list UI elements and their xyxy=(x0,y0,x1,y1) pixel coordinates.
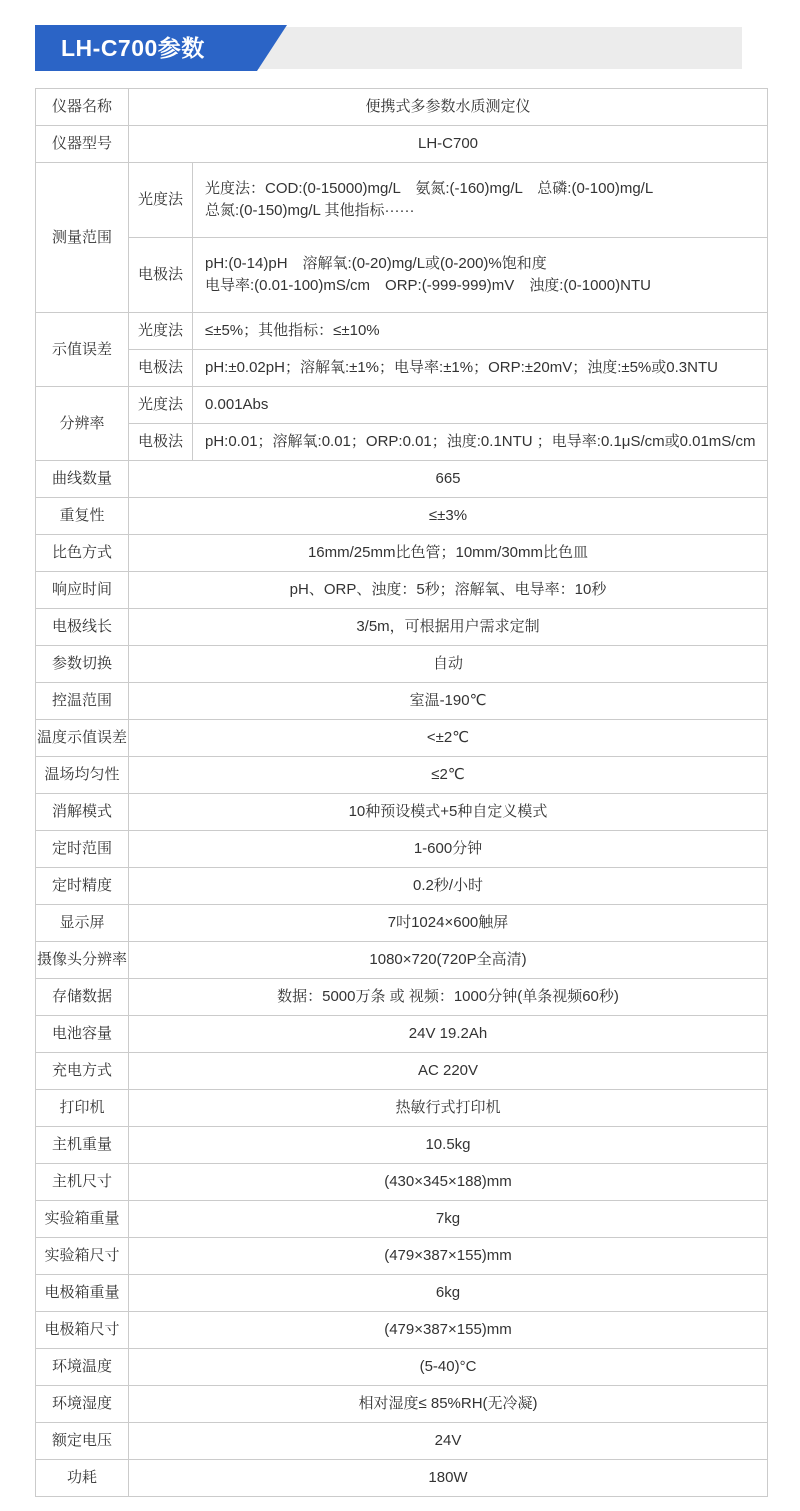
spec-row: 打印机热敏行式打印机 xyxy=(36,1090,768,1127)
spec-row: 摄像头分辨率1080×720(720P全高清) xyxy=(36,942,768,979)
spec-label: 温场均匀性 xyxy=(36,757,129,794)
spec-label: 重复性 xyxy=(36,498,129,535)
spec-value: 7kg xyxy=(129,1201,768,1238)
spec-row: 仪器型号LH-C700 xyxy=(36,126,768,163)
spec-method: 电极法 xyxy=(129,238,193,313)
spec-value-line: pH:(0-14)pH 溶解氧:(0-20)mg/L或(0-200)%饱和度 xyxy=(205,253,767,275)
spec-value: 自动 xyxy=(129,646,768,683)
spec-value: pH:0.01；溶解氧:0.01；ORP:0.01；浊度:0.1NTU ；电导率… xyxy=(193,424,768,461)
banner-blue-ribbon: LH-C700参数 xyxy=(35,25,287,71)
spec-label: 测量范围 xyxy=(36,163,129,313)
spec-value: 10种预设模式+5种自定义模式 xyxy=(129,794,768,831)
spec-label: 电极箱重量 xyxy=(36,1275,129,1312)
spec-value-line: 总氮:(0-150)mg/L 其他指标······ xyxy=(205,200,767,222)
spec-label: 实验箱重量 xyxy=(36,1201,129,1238)
spec-value: 数据：5000万条 或 视频：1000分钟(单条视频60秒) xyxy=(129,979,768,1016)
spec-row: 电极箱重量6kg xyxy=(36,1275,768,1312)
spec-row: 主机重量10.5kg xyxy=(36,1127,768,1164)
spec-row: 消解模式10种预设模式+5种自定义模式 xyxy=(36,794,768,831)
spec-value: 10.5kg xyxy=(129,1127,768,1164)
spec-label: 电极线长 xyxy=(36,609,129,646)
spec-value: 0.001Abs xyxy=(193,387,768,424)
spec-value: 1080×720(720P全高清) xyxy=(129,942,768,979)
spec-label: 分辨率 xyxy=(36,387,129,461)
spec-label: 电极箱尺寸 xyxy=(36,1312,129,1349)
spec-row: 电极法pH:0.01；溶解氧:0.01；ORP:0.01；浊度:0.1NTU ；… xyxy=(36,424,768,461)
spec-label: 存储数据 xyxy=(36,979,129,1016)
spec-label: 摄像头分辨率 xyxy=(36,942,129,979)
spec-label: 实验箱尺寸 xyxy=(36,1238,129,1275)
spec-label: 温度示值误差 xyxy=(36,720,129,757)
spec-value: 热敏行式打印机 xyxy=(129,1090,768,1127)
spec-value: ≤±3% xyxy=(129,498,768,535)
spec-label: 仪器型号 xyxy=(36,126,129,163)
page-header-banner: LH-C700参数 xyxy=(35,25,768,71)
spec-value: (479×387×155)mm xyxy=(129,1312,768,1349)
spec-page: LH-C700参数 仪器名称便携式多参数水质测定仪仪器型号LH-C700测量范围… xyxy=(35,25,768,1497)
spec-value: 3/5m，可根据用户需求定制 xyxy=(129,609,768,646)
spec-row: 环境湿度相对湿度≤ 85%RH(无冷凝) xyxy=(36,1386,768,1423)
spec-label: 定时精度 xyxy=(36,868,129,905)
spec-row: 仪器名称便携式多参数水质测定仪 xyxy=(36,89,768,126)
spec-value-line: 光度法：COD:(0-15000)mg/L 氨氮:(-160)mg/L 总磷:(… xyxy=(205,178,767,200)
spec-table: 仪器名称便携式多参数水质测定仪仪器型号LH-C700测量范围光度法光度法：COD… xyxy=(35,88,768,1497)
spec-row: 响应时间pH、ORP、浊度：5秒；溶解氧、电导率：10秒 xyxy=(36,572,768,609)
spec-row: 功耗180W xyxy=(36,1460,768,1497)
spec-row: 电极法pH:(0-14)pH 溶解氧:(0-20)mg/L或(0-200)%饱和… xyxy=(36,238,768,313)
spec-label: 电池容量 xyxy=(36,1016,129,1053)
spec-value: (479×387×155)mm xyxy=(129,1238,768,1275)
spec-method: 光度法 xyxy=(129,313,193,350)
spec-label: 曲线数量 xyxy=(36,461,129,498)
spec-method: 电极法 xyxy=(129,424,193,461)
spec-row: 电极箱尺寸(479×387×155)mm xyxy=(36,1312,768,1349)
spec-value: ≤2℃ xyxy=(129,757,768,794)
spec-value: 1-600分钟 xyxy=(129,831,768,868)
spec-label: 环境温度 xyxy=(36,1349,129,1386)
spec-value: 0.2秒/小时 xyxy=(129,868,768,905)
spec-row: 曲线数量665 xyxy=(36,461,768,498)
spec-value-line: pH:0.01；溶解氧:0.01；ORP:0.01；浊度:0.1NTU ；电导率… xyxy=(205,431,767,453)
spec-value-line: 0.001Abs xyxy=(205,394,767,416)
spec-value: pH:(0-14)pH 溶解氧:(0-20)mg/L或(0-200)%饱和度电导… xyxy=(193,238,768,313)
spec-label: 主机重量 xyxy=(36,1127,129,1164)
spec-label: 环境湿度 xyxy=(36,1386,129,1423)
spec-row: 额定电压24V xyxy=(36,1423,768,1460)
spec-label: 额定电压 xyxy=(36,1423,129,1460)
spec-row: 主机尺寸(430×345×188)mm xyxy=(36,1164,768,1201)
spec-value: 相对湿度≤ 85%RH(无冷凝) xyxy=(129,1386,768,1423)
spec-row: 定时范围1-600分钟 xyxy=(36,831,768,868)
spec-value: 6kg xyxy=(129,1275,768,1312)
spec-value: (5-40)°C xyxy=(129,1349,768,1386)
spec-value: pH:±0.02pH；溶解氧:±1%；电导率:±1%；ORP:±20mV；浊度:… xyxy=(193,350,768,387)
spec-table-body: 仪器名称便携式多参数水质测定仪仪器型号LH-C700测量范围光度法光度法：COD… xyxy=(36,89,768,1497)
spec-value-line: 电导率:(0.01-100)mS/cm ORP:(-999-999)mV 浊度:… xyxy=(205,275,767,297)
spec-value: 7吋1024×600触屏 xyxy=(129,905,768,942)
spec-value: 24V 19.2Ah xyxy=(129,1016,768,1053)
spec-label: 显示屏 xyxy=(36,905,129,942)
spec-value-line: pH:±0.02pH；溶解氧:±1%；电导率:±1%；ORP:±20mV；浊度:… xyxy=(205,357,767,379)
spec-row: 参数切换自动 xyxy=(36,646,768,683)
spec-row: 环境温度(5-40)°C xyxy=(36,1349,768,1386)
spec-label: 仪器名称 xyxy=(36,89,129,126)
spec-row: 电极线长3/5m，可根据用户需求定制 xyxy=(36,609,768,646)
spec-value: <±2℃ xyxy=(129,720,768,757)
spec-label: 参数切换 xyxy=(36,646,129,683)
spec-value: 光度法：COD:(0-15000)mg/L 氨氮:(-160)mg/L 总磷:(… xyxy=(193,163,768,238)
spec-row: 充电方式AC 220V xyxy=(36,1053,768,1090)
spec-row: 实验箱尺寸(479×387×155)mm xyxy=(36,1238,768,1275)
spec-row: 电极法pH:±0.02pH；溶解氧:±1%；电导率:±1%；ORP:±20mV；… xyxy=(36,350,768,387)
spec-value: (430×345×188)mm xyxy=(129,1164,768,1201)
spec-value: 16mm/25mm比色管；10mm/30mm比色皿 xyxy=(129,535,768,572)
spec-row: 测量范围光度法光度法：COD:(0-15000)mg/L 氨氮:(-160)mg… xyxy=(36,163,768,238)
spec-row: 分辨率光度法0.001Abs xyxy=(36,387,768,424)
spec-row: 比色方式16mm/25mm比色管；10mm/30mm比色皿 xyxy=(36,535,768,572)
spec-label: 主机尺寸 xyxy=(36,1164,129,1201)
spec-value: 24V xyxy=(129,1423,768,1460)
spec-label: 功耗 xyxy=(36,1460,129,1497)
spec-method: 光度法 xyxy=(129,163,193,238)
spec-value: 180W xyxy=(129,1460,768,1497)
spec-label: 充电方式 xyxy=(36,1053,129,1090)
spec-method: 光度法 xyxy=(129,387,193,424)
spec-label: 打印机 xyxy=(36,1090,129,1127)
spec-label: 比色方式 xyxy=(36,535,129,572)
spec-value: 室温-190℃ xyxy=(129,683,768,720)
spec-row: 温度示值误差<±2℃ xyxy=(36,720,768,757)
spec-value-line: ≤±5%；其他指标：≤±10% xyxy=(205,320,767,342)
spec-label: 响应时间 xyxy=(36,572,129,609)
spec-row: 示值误差光度法≤±5%；其他指标：≤±10% xyxy=(36,313,768,350)
spec-label: 控温范围 xyxy=(36,683,129,720)
spec-label: 消解模式 xyxy=(36,794,129,831)
spec-row: 控温范围室温-190℃ xyxy=(36,683,768,720)
spec-row: 实验箱重量7kg xyxy=(36,1201,768,1238)
page-title: LH-C700参数 xyxy=(35,25,287,71)
spec-row: 温场均匀性≤2℃ xyxy=(36,757,768,794)
spec-row: 存储数据数据：5000万条 或 视频：1000分钟(单条视频60秒) xyxy=(36,979,768,1016)
spec-row: 显示屏7吋1024×600触屏 xyxy=(36,905,768,942)
spec-value: ≤±5%；其他指标：≤±10% xyxy=(193,313,768,350)
spec-row: 重复性≤±3% xyxy=(36,498,768,535)
spec-label: 示值误差 xyxy=(36,313,129,387)
spec-label: 定时范围 xyxy=(36,831,129,868)
spec-value: 便携式多参数水质测定仪 xyxy=(129,89,768,126)
spec-value: pH、ORP、浊度：5秒；溶解氧、电导率：10秒 xyxy=(129,572,768,609)
spec-value: 665 xyxy=(129,461,768,498)
spec-row: 定时精度0.2秒/小时 xyxy=(36,868,768,905)
spec-row: 电池容量24V 19.2Ah xyxy=(36,1016,768,1053)
spec-method: 电极法 xyxy=(129,350,193,387)
spec-value: LH-C700 xyxy=(129,126,768,163)
spec-value: AC 220V xyxy=(129,1053,768,1090)
